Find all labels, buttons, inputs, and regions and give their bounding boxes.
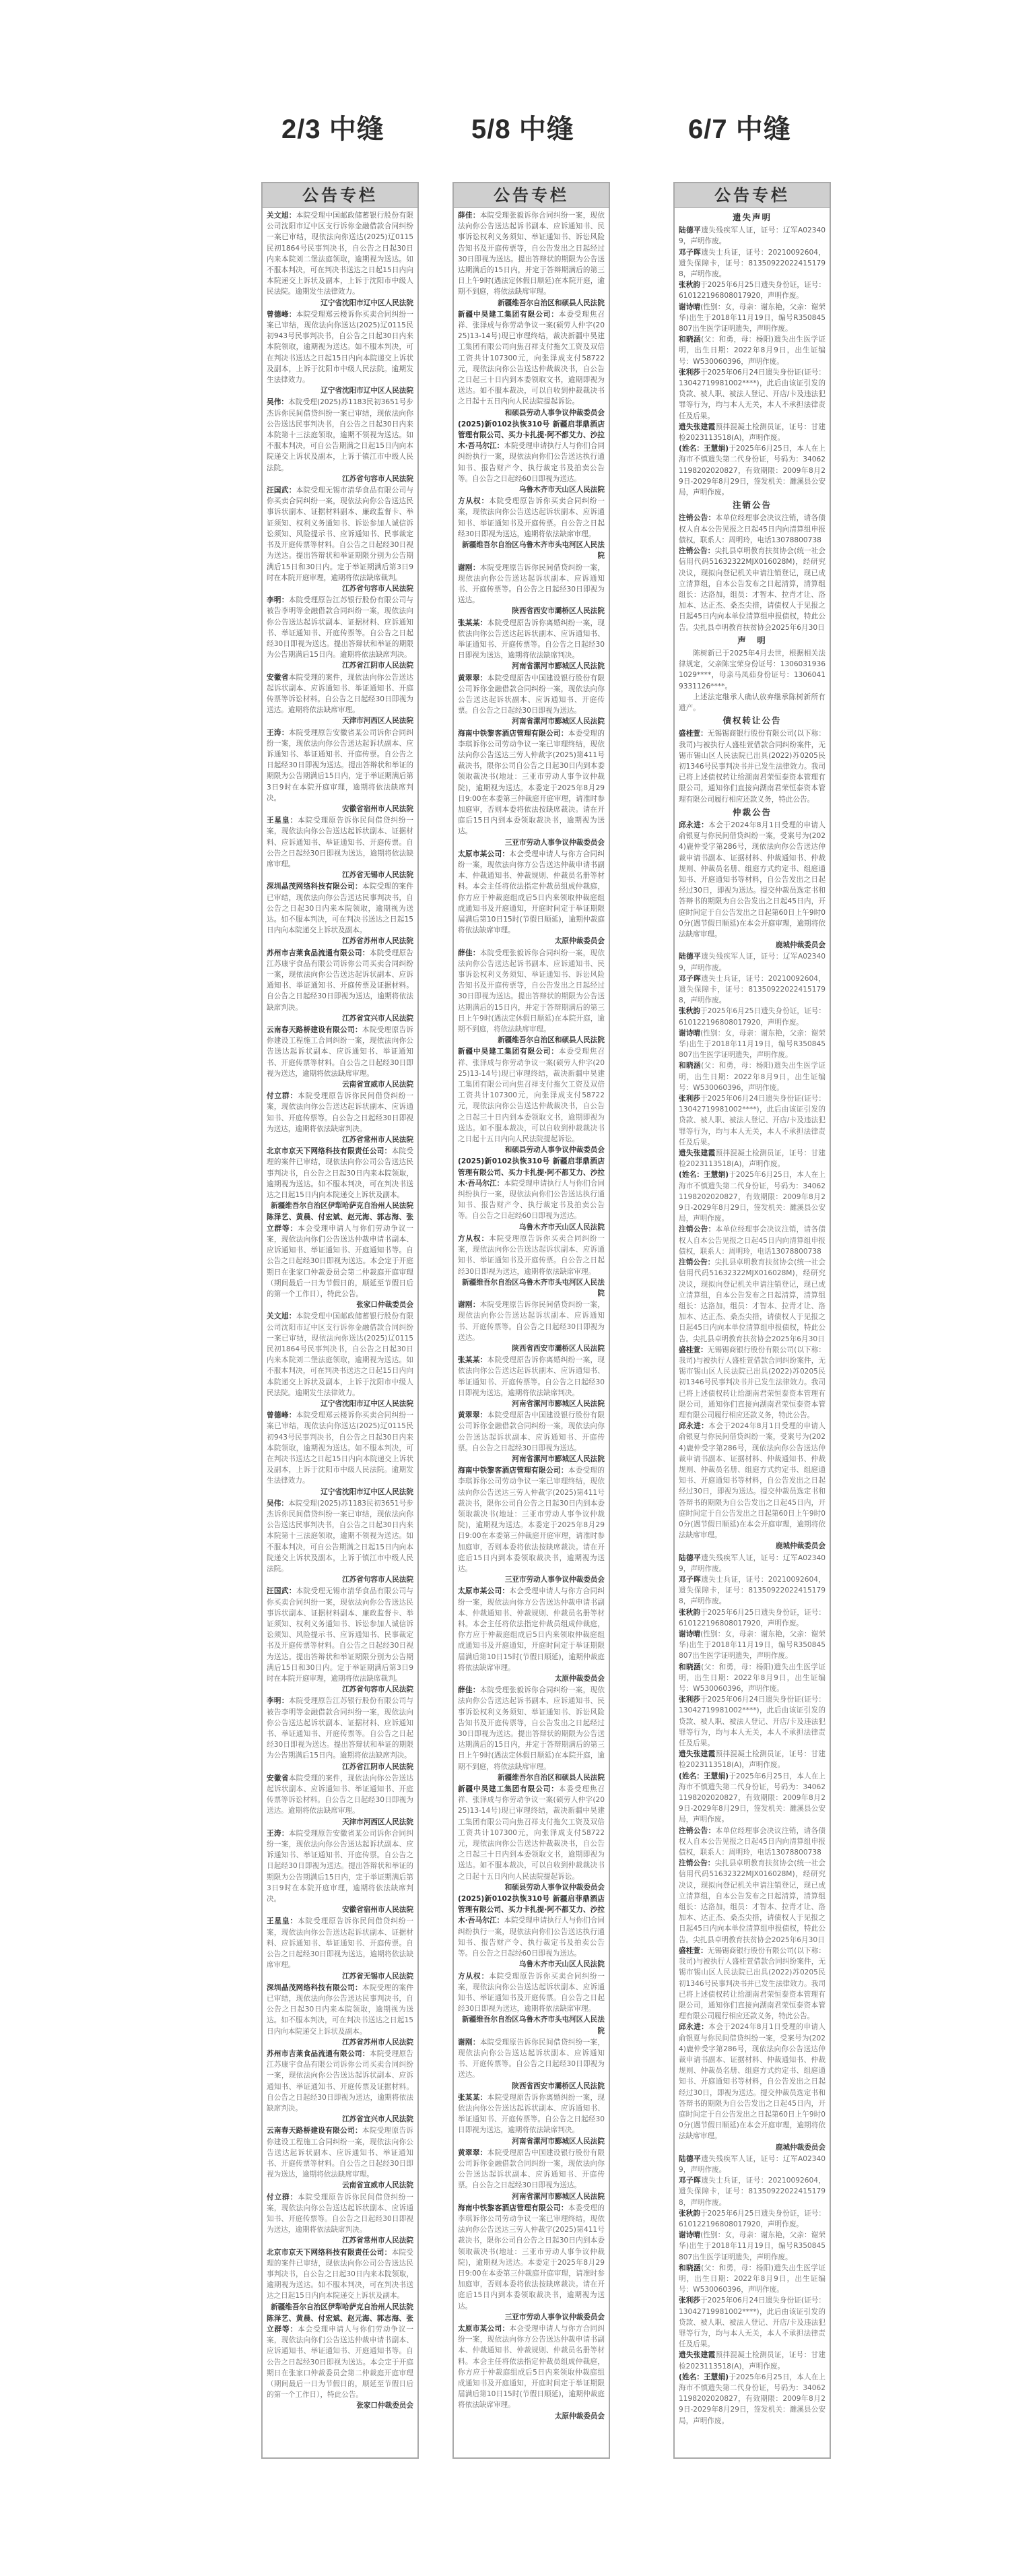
notice-party-name: 邓子晖 (679, 975, 701, 983)
notice-paragraph: 谢诗晴(性别：女，母亲：谢东艳，父亲：谢荣华)出生于2018年11月19日，编号… (679, 1629, 826, 1662)
notice-text: 本院受理原告江苏康宇食品有限公司诉你公司买卖合同纠纷一案，现依法向你公告送达起诉… (267, 2050, 413, 2113)
notice-party-name: 黄翠翠： (458, 2149, 487, 2157)
notice-text: 遗失士兵证，证号：20210092604，遗失保障卡，证号：8135092202… (679, 975, 826, 1004)
notice-party-name: 谢诗晴 (679, 1630, 700, 1638)
notice-text: 本委受理的李琪诉你公司劳动争议一案已审理终结，现依法向你公告送达三劳人仲裁字(2… (458, 730, 605, 836)
notice-text: 本院受理原告江苏康宇食品有限公司诉你公司买卖合同纠纷一案，现依法向你公告送达起诉… (267, 949, 413, 1012)
notice-text: 遗失士兵证，证号：20210092604，遗失保障卡，证号：8135092202… (679, 249, 826, 278)
notice-paragraph: 陈泽艺、黄晨、付宏斌、赵元海、郭志海、张立群等：本会受理申请人与你们劳动争议一案… (267, 2313, 413, 2401)
notice-paragraph: 谢刚：本院受理原告诉你民间借贷纠纷一案，现依法向你公告送达起诉状副本、应诉通知书… (458, 2037, 605, 2081)
notice-paragraph: 关文旭：本院受理中国邮政储蓄银行股份有限公司沈阳市辽中区支行诉你金融借款合同纠纷… (267, 1311, 413, 1398)
notice-party-name: 盛桂萱： (679, 1947, 708, 1955)
notice-signature: 江苏省苏州市人民法院 (267, 2037, 413, 2048)
notice-party-name: 和晓涵 (679, 1663, 701, 1671)
announcement-column-2: 公告专栏 薛佳：本院受理张毅诉你合同纠纷一案，现依法向你公告送达起诉书副本、应诉… (452, 182, 610, 2459)
notice-signature: 江苏省宜兴市人民法院 (267, 1013, 413, 1024)
notice-signature: 江苏省常州市人民法院 (267, 2235, 413, 2246)
notice-party-name: 注销公告： (679, 1859, 714, 1867)
notice-text: 遗失残疾军人证，证号：辽军A023409，声明作废。 (679, 2155, 826, 2174)
statement-paragraph: 陈树新已于2025年4月去世，根据相关法律规定，父亲陈宝荣身份证号：130603… (679, 648, 826, 692)
notice-party-name: 遗失张建霞 (679, 2351, 716, 2359)
notice-party-name: 深圳晶茂网络科技有限公司： (267, 882, 362, 891)
notice-signature: 新疆维吾尔自治区伊犁哈萨克自治州人民法院 (267, 1200, 413, 1211)
notice-party-name: 关文旭： (267, 212, 296, 220)
section-title: 注销公告 (679, 500, 826, 511)
notice-text: 本会受理申请人与你方合同纠纷一案，现依法向你方公告送达仲裁申请书副本、仲裁通知书… (458, 2325, 605, 2409)
notice-text: 于2025年6月25日遗失身份证，证号：610122196808017920，声… (679, 2210, 826, 2228)
notice-text: 无锡锡商银行股份有限公司(以下称：我司)与被执行人盛桂萱借款合同纠纷案件，无锡市… (679, 730, 826, 803)
notice-text: 本院受理(2025)苏1183民初3651号步杰诉你民间借贷纠纷一案已审结，现依… (267, 398, 413, 472)
notice-paragraph: 王星皇：本院受理原告诉你民间借贷纠纷一案，现依法向你公告送达起诉状副本、证据材料… (267, 1916, 413, 1970)
notice-party-name: 张某某： (458, 1356, 487, 1364)
notice-paragraph: 北京市京天下网络科技有限责任公司：本院受理的案件已审结，现依法向你公司公告送达民… (267, 2247, 413, 2302)
seam-label-5-8: 5/8 中缝 (471, 108, 574, 146)
notice-party-name: 关文旭： (267, 1312, 296, 1320)
notice-party-name: 遗失张建霞 (679, 423, 716, 431)
notice-paragraph: (2025)新0102执恢310号 新疆启菲鼎酒店管理有限公司、买力卡扎提·阿不… (458, 419, 605, 484)
column-header: 公告专栏 (675, 183, 830, 208)
notice-paragraph: 张利莎于2025年06月24日遗失身份证(证号：13042719981002**… (679, 1694, 826, 1749)
notice-text: 本会受理申请人与你方合同纠纷一案，现依法向你方公告送达仲裁申请书副本、仲裁通知书… (458, 1587, 605, 1671)
notice-party-name: (姓名：王慧娟) (679, 1171, 729, 1179)
notice-paragraph: 安徽省本院受理的案件，现依法向你公告送达起诉状副本、应诉通知书、举证通知书、开庭… (267, 1773, 413, 1817)
notice-paragraph: 吴伟：本院受理(2025)苏1183民初3651号步杰诉你民间借贷纠纷一案已审结… (267, 1498, 413, 1574)
notice-signature: 乌鲁木齐市天山区人民法院 (458, 484, 605, 495)
notice-signature: 三亚市劳动人事争议仲裁委员会 (458, 2312, 605, 2323)
notice-party-name: 邱永进： (679, 1422, 708, 1430)
notice-party-name: 海南中铁黎客酒店管理有限公司： (458, 2204, 568, 2212)
notice-text: (父：和勇，母：杨阳)遗失出生医学证明，出生日期：2022年8月9日，出生证编号… (679, 335, 826, 365)
notice-paragraph: 陈泽艺、黄晨、付宏斌、赵元海、郭志海、张立群等：本会受理申请人与你们劳动争议一案… (267, 1212, 413, 1299)
notice-party-name: 新疆中昊建工集团有限公司： (458, 311, 559, 319)
notice-party-name: 李明： (267, 1697, 289, 1705)
column-header: 公告专栏 (454, 183, 609, 208)
notice-signature: 江苏省苏州市人民法院 (267, 936, 413, 946)
notice-paragraph: 谢刚：本院受理原告诉你民间借贷纠纷一案，现依法向你公告送达起诉状副本、应诉通知书… (458, 1299, 605, 1343)
notice-text: 本会受理申请人与你们劳动争议一案，现依法向你们公告送达仲裁申请书副本、应诉通知书… (267, 1225, 413, 1298)
notice-signature: 太原仲裁委员会 (458, 1673, 605, 1684)
notice-signature: 和硕县劳动人事争议仲裁委员会 (458, 1882, 605, 1893)
notice-text: 本院受理郑云楼诉你买卖合同纠纷一案已审结，现依法向你送达(2025)辽0115民… (267, 1411, 413, 1485)
notice-text: 本会受理申请人与你们劳动争议一案，现依法向你们公告送达仲裁申请书副本、应诉通知书… (267, 2325, 413, 2399)
notice-paragraph: 张秋韵于2025年6月25日遗失身份证，证号：61012219680801792… (679, 2208, 826, 2230)
notice-party-name: 苏州市吉莱食品流通有限公司： (267, 949, 370, 957)
notice-party-name: (姓名：王慧娟) (679, 1772, 729, 1780)
notice-paragraph: 关文旭：本院受理中国邮政储蓄银行股份有限公司沈阳市辽中区支行诉你金融借款合同纠纷… (267, 210, 413, 298)
notice-text: 遗失残疾军人证，证号：辽军A023409，声明作废。 (679, 1554, 826, 1573)
notice-paragraph: 谢诗晴(性别：女，母亲：谢东艳，父亲：谢荣华)出生于2018年11月19日，编号… (679, 302, 826, 335)
notice-signature: 鹿城仲裁委员会 (679, 2142, 826, 2153)
notice-paragraph: 注销公告：本单位经理事会决议注销，请各债权人自本公告见报之日起45日内向清算组申… (679, 1826, 826, 1859)
notice-party-name: 汪国武： (267, 486, 296, 494)
notice-signature: 江苏省江阴市人民法院 (267, 660, 413, 671)
seam-label-2-3: 2/3 中缝 (281, 108, 384, 146)
notice-party-name: 薛佳： (458, 1686, 480, 1694)
notice-signature: 江苏省无锡市人民法院 (267, 1971, 413, 1982)
notice-paragraph: 吴伟：本院受理(2025)苏1183民初3651号步杰诉你民间借贷纠纷一案已审结… (267, 397, 413, 473)
notice-party-name: 安徽省 (267, 1774, 289, 1782)
notice-text: 本院受理无锡市清华食品有限公司与你买卖合同纠纷一案，现依法向你公告送达民事诉状副… (267, 486, 413, 582)
section-title: 仲裁公告 (679, 807, 826, 818)
notice-party-name: 张某某： (458, 619, 487, 627)
notice-signature: 和硕县劳动人事争议仲裁委员会 (458, 408, 605, 418)
notice-text: 遗失残疾军人证，证号：辽军A023409，声明作废。 (679, 226, 826, 245)
notice-text: 本院受理的案件，现依法向你公告送达起诉状副本、应诉通知书、举证通知书、开庭传票等… (267, 1774, 413, 1815)
notice-signature: 乌鲁木齐市天山区人民法院 (458, 1222, 605, 1233)
notice-paragraph: (姓名：王慧娟)于2025年6月25日，本人在上海市不慎遗失第二代身份证，号码为… (679, 1771, 826, 1826)
notice-text: (父：和勇，母：杨阳)遗失出生医学证明，出生日期：2022年8月9日，出生证编号… (679, 1663, 826, 1693)
notice-party-name: 曾德峰： (267, 1411, 296, 1419)
notice-signature: 江苏省句容市人民法院 (267, 1684, 413, 1695)
notice-party-name: 吴伟： (267, 398, 288, 406)
notice-text: 本院受理的案件，现依法向你公告送达起诉状副本、应诉通知书、举证通知书、开庭传票等… (267, 674, 413, 715)
notice-paragraph: 海南中铁黎客酒店管理有限公司：本委受理的李琪诉你公司劳动争议一案已审理终结，现依… (458, 2203, 605, 2312)
notice-paragraph: 谢刚：本院受理原告诉你民间借贷纠纷一案，现依法向你公告送达起诉状副本、应诉通知书… (458, 562, 605, 606)
announcement-column-1: 公告专栏 关文旭：本院受理中国邮政储蓄银行股份有限公司沈阳市辽中区支行诉你金融借… (261, 182, 419, 2459)
notice-paragraph: 方从权：本院受理原告诉你买卖合同纠纷一案，现依法向你公告送达起诉状副本、应诉通知… (458, 1971, 605, 2015)
notice-text: 本院受理原告诉你民间借贷纠纷一案，现依法向你公告送达起诉状副本、应诉通知书、开庭… (458, 2038, 605, 2080)
notice-paragraph: 注销公告：尖扎县卓明教育扶贫协会(统一社会信用代码51632322MJX0160… (679, 1858, 826, 1945)
section-title: 遗失声明 (679, 212, 826, 223)
notice-text: 本委受理的李琪诉你公司劳动争议一案已审理终结，现依法向你公告送达三劳人仲裁字(2… (458, 2204, 605, 2311)
notice-paragraph: 汪国武：本院受理无锡市清华食品有限公司与你买卖合同纠纷一案，现依法向你公告送达民… (267, 1586, 413, 1684)
notice-text: 尖扎县卓明教育扶贫协会(统一社会信用代码51632322MJX016028M)，… (679, 1859, 826, 1943)
notice-party-name: 方从权： (458, 1972, 489, 1981)
column-header: 公告专栏 (263, 183, 417, 208)
notice-party-name: 方从权： (458, 497, 489, 505)
notice-signature: 辽宁省沈阳市辽中区人民法院 (267, 1487, 413, 1498)
notice-paragraph: 汪国武：本院受理无锡市清华食品有限公司与你买卖合同纠纷一案，现依法向你公告送达民… (267, 485, 413, 583)
notice-signature: 陕西省西安市灞桥区人民法院 (458, 606, 605, 616)
notice-paragraph: 太原市某公司：本会受理申请人与你方合同纠纷一案，现依法向你方公告送达仲裁申请书副… (458, 2323, 605, 2411)
notice-paragraph: 盛桂萱：无锡锡商银行股份有限公司(以下称：我司)与被执行人盛桂萱借款合同纠纷案件… (679, 1945, 826, 2022)
notice-paragraph: 太原市某公司：本会受理申请人与你方合同纠纷一案，现依法向你方公告送达仲裁申请书副… (458, 849, 605, 936)
notice-signature: 新疆维吾尔自治区和硕县人民法院 (458, 1035, 605, 1045)
notice-text: 本院受理原告安徽省某公司诉你合同纠纷一案，现依法向你公告送达起诉状副本、应诉通知… (267, 729, 413, 802)
notice-paragraph: 黄翠翠：本院受理原告中国建设银行股份有限公司诉你金融借款合同纠纷一案，现依法向你… (458, 1410, 605, 1454)
notice-party-name: 陆德平 (679, 953, 701, 961)
notice-text: 于2025年06月24日遗失身份证(证号：13042719981002****)… (679, 1696, 826, 1747)
notice-text: 本会于2024年8月1日受理的申请人俞银夏与你民间借贷纠纷一案，受案号为(202… (679, 1422, 826, 1539)
notice-paragraph: 谢诗晴(性别：女，母亲：谢东艳，父亲：谢荣华)出生于2018年11月19日，编号… (679, 2230, 826, 2263)
notice-signature: 江苏省宜兴市人民法院 (267, 2114, 413, 2125)
notice-paragraph: 邓子晖遗失士兵证，证号：20210092604，遗失保障卡，证号：8135092… (679, 2175, 826, 2208)
notice-paragraph: 遗失张建霞预拌混凝土检测员证，证号：甘建检2023113518(A)，声明作废。 (679, 1749, 826, 1770)
notice-text: 本院受理中国邮政储蓄银行股份有限公司沈阳市辽中区支行诉你金融借款合同纠纷一案已审… (267, 212, 413, 296)
notice-text: 本院受理无锡市清华食品有限公司与你买卖合同纠纷一案，现依法向你公告送达民事诉状副… (267, 1587, 413, 1683)
notice-signature: 江苏省句容市人民法院 (267, 474, 413, 484)
notice-party-name: 张某某： (458, 2094, 487, 2102)
notice-party-name: 安徽省 (267, 674, 289, 682)
notice-party-name: 谢诗晴 (679, 1029, 700, 1037)
notice-paragraph: 陆德平遗失残疾军人证，证号：辽军A023409，声明作废。 (679, 2154, 826, 2175)
notice-party-name: 张利莎 (679, 1696, 700, 1704)
notice-party-name: 王星皇： (267, 1917, 298, 1925)
notice-text: 本委受理焦召祥、张泽成与你劳动争议一案(硕劳人仲字(2025)13-14号)现已… (458, 311, 605, 406)
notice-party-name: 深圳晶茂网络科技有限公司： (267, 1984, 362, 1992)
notice-paragraph: 张利莎于2025年06月24日遗失身份证(证号：13042719981002**… (679, 367, 826, 422)
notice-party-name: 张利莎 (679, 2296, 700, 2305)
notice-signature: 江苏省句容市人民法院 (267, 1574, 413, 1585)
notice-paragraph: 邱永进：本会于2024年8月1日受理的申请人俞银夏与你民间借贷纠纷一案，受案号为… (679, 820, 826, 940)
notice-signature: 新疆维吾尔自治区和硕县人民法院 (458, 298, 605, 309)
notice-party-name: 北京市京天下网络科技有限责任公司： (267, 2249, 392, 2257)
notice-party-name: 王涛： (267, 1830, 289, 1838)
notice-party-name: 邱永进： (679, 821, 708, 829)
notice-signature: 河南省漯河市郾城区人民法院 (458, 2191, 605, 2202)
notice-signature: 安徽省宿州市人民法院 (267, 1904, 413, 1915)
notice-party-name: 注销公告： (679, 547, 714, 555)
notice-party-name: 和晓涵 (679, 1062, 701, 1070)
notice-paragraph: 张利莎于2025年06月24日遗失身份证(证号：13042719981002**… (679, 1093, 826, 1148)
notice-text: 遗失残疾军人证，证号：辽军A023409，声明作废。 (679, 953, 826, 971)
announcement-column-3: 公告专栏 遗失声明陆德平遗失残疾军人证，证号：辽军A023409，声明作废。邓子… (673, 182, 831, 2459)
notice-signature: 三亚市劳动人事争议仲裁委员会 (458, 1574, 605, 1585)
notice-party-name: 云南春天路桥建设有限公司： (267, 1026, 362, 1034)
notice-party-name: 海南中铁黎客酒店管理有限公司： (458, 1467, 568, 1475)
notice-party-name: 谢刚： (458, 1301, 480, 1309)
notice-paragraph: 薛佳：本院受理张毅诉你合同纠纷一案，现依法向你公告送达起诉书副本、应诉通知书、民… (458, 1685, 605, 1772)
notice-signature: 鹿城仲裁委员会 (679, 940, 826, 951)
notice-party-name: 陆德平 (679, 1554, 701, 1562)
notice-signature: 和硕县劳动人事争议仲裁委员会 (458, 1145, 605, 1155)
notice-party-name: 曾德峰： (267, 311, 296, 319)
section-title: 债权转让公告 (679, 715, 826, 726)
notice-party-name: 张利莎 (679, 1095, 700, 1103)
notice-party-name: 盛桂萱： (679, 1346, 708, 1354)
notice-signature: 张家口仲裁委员会 (267, 2400, 413, 2411)
notice-paragraph: 邱永进：本会于2024年8月1日受理的申请人俞银夏与你民间借贷纠纷一案，受案号为… (679, 2022, 826, 2142)
notice-paragraph: 海南中铁黎客酒店管理有限公司：本委受理的李琪诉你公司劳动争议一案已审理终结，现依… (458, 1465, 605, 1574)
notice-party-name: 薛佳： (458, 212, 480, 220)
notice-party-name: 遗失张建霞 (679, 1149, 716, 1157)
notice-paragraph: 方从权：本院受理原告诉你买卖合同纠纷一案，现依法向你公告送达起诉状副本、应诉通知… (458, 496, 605, 540)
notice-party-name: 王星皇： (267, 816, 298, 825)
notice-paragraph: 黄翠翠：本院受理原告中国建设银行股份有限公司诉你金融借款合同纠纷一案，现依法向你… (458, 673, 605, 717)
notice-signature: 天津市河西区人民法院 (267, 715, 413, 726)
notice-paragraph: 遗失张建霞预拌混凝土检测员证，证号：甘建检2023113518(A)，声明作废。 (679, 422, 826, 443)
notice-party-name: (姓名：王慧娟) (679, 2373, 729, 2381)
notice-text: 于2025年6月25日遗失身份证，证号：610122196808017920，声… (679, 1007, 826, 1026)
notice-text: (性别：女，母亲：谢东艳，父亲：谢荣华)出生于2018年11月19日，编号R35… (679, 1630, 826, 1660)
notice-signature: 太原仲裁委员会 (458, 2411, 605, 2422)
column-body: 薛佳：本院受理张毅诉你合同纠纷一案，现依法向你公告送达起诉书副本、应诉通知书、民… (454, 208, 609, 2426)
notice-text: 遗失士兵证，证号：20210092604，遗失保障卡，证号：8135092202… (679, 1576, 826, 1605)
notice-party-name: 注销公告： (679, 514, 716, 522)
notice-party-name: 邓子晖 (679, 1576, 701, 1584)
notice-paragraph: 曾德峰：本院受理郑云楼诉你买卖合同纠纷一案已审结，现依法向你送达(2025)辽0… (267, 309, 413, 385)
section-title: 声 明 (679, 635, 826, 646)
notice-signature: 新疆维吾尔自治区乌鲁木齐市头屯河区人民法院 (458, 540, 605, 561)
notice-paragraph: (2025)新0102执恢310号 新疆启菲鼎酒店管理有限公司、买力卡扎提·阿不… (458, 1894, 605, 1959)
notice-party-name: 谢刚： (458, 564, 480, 572)
notice-paragraph: 新疆中昊建工集团有限公司：本委受理焦召祥、张泽成与你劳动争议一案(硕劳人仲字(2… (458, 309, 605, 408)
notice-text: 本院受理(2025)苏1183民初3651号步杰诉你民间借贷纠纷一案已审结，现依… (267, 1500, 413, 1573)
notice-text: 本院受理原告诉你民间借贷纠纷一案，现依法向你公告送达起诉状副本、应诉通知书、开庭… (458, 1301, 605, 1342)
notice-paragraph: 和晓涵(父：和勇，母：杨阳)遗失出生医学证明，出生日期：2022年8月9日，出生… (679, 1662, 826, 1695)
notice-signature: 江苏省无锡市人民法院 (267, 870, 413, 880)
notice-paragraph: 太原市某公司：本会受理申请人与你方合同纠纷一案，现依法向你方公告送达仲裁申请书副… (458, 1586, 605, 1673)
notice-signature: 辽宁省沈阳市辽中区人民法院 (267, 385, 413, 396)
notice-party-name: 北京市京天下网络科技有限责任公司： (267, 1147, 392, 1155)
notice-paragraph: (姓名：王慧娟)于2025年6月25日，本人在上海市不慎遗失第二代身份证，号码为… (679, 443, 826, 498)
notice-party-name: 邓子晖 (679, 2177, 701, 2185)
column-body: 遗失声明陆德平遗失残疾军人证，证号：辽军A023409，声明作废。邓子晖遗失士兵… (675, 208, 830, 2430)
notice-paragraph: 薛佳：本院受理张毅诉你合同纠纷一案，现依法向你公告送达起诉书副本、应诉通知书、民… (458, 948, 605, 1035)
notice-paragraph: 张某某：本院受理原告诉你离婚纠纷一案，现依法向你公告送达起诉状副本、应诉通知书、… (458, 1355, 605, 1398)
notice-signature: 辽宁省沈阳市辽中区人民法院 (267, 298, 413, 309)
notice-paragraph: 王涛：本院受理原告安徽省某公司诉你合同纠纷一案，现依法向你公告送达起诉状副本、应… (267, 1828, 413, 1904)
notice-text: 本委受理焦召祥、张泽成与你劳动争议一案(硕劳人仲字(2025)13-14号)现已… (458, 1048, 605, 1143)
notice-text: 本院受理张毅诉你合同纠纷一案，现依法向你公告送达起诉书副本、应诉通知书、民事诉讼… (458, 949, 605, 1033)
notice-paragraph: 陆德平遗失残疾军人证，证号：辽军A023409，声明作废。 (679, 951, 826, 973)
notice-paragraph: 陆德平遗失残疾军人证，证号：辽军A023409，声明作废。 (679, 225, 826, 247)
notice-party-name: 注销公告： (679, 1225, 716, 1233)
notice-paragraph: 新疆中昊建工集团有限公司：本委受理焦召祥、张泽成与你劳动争议一案(硕劳人仲字(2… (458, 1046, 605, 1145)
notice-signature: 河南省漯河市郾城区人民法院 (458, 716, 605, 727)
notice-text: 本院受理中国邮政储蓄银行股份有限公司沈阳市辽中区支行诉你金融借款合同纠纷一案已审… (267, 1312, 413, 1396)
notice-party-name: 注销公告： (679, 1258, 714, 1266)
notice-signature: 云南省宣威市人民法院 (267, 1079, 413, 1090)
notice-paragraph: 张秋韵于2025年6月25日遗失身份证，证号：61012219680801792… (679, 1607, 826, 1629)
notice-party-name: 海南中铁黎客酒店管理有限公司： (458, 730, 568, 738)
notice-paragraph: 陆德平遗失残疾军人证，证号：辽军A023409，声明作废。 (679, 1553, 826, 1574)
notice-party-name: 太原市某公司： (458, 2325, 509, 2333)
notice-party-name: 王涛： (267, 729, 289, 737)
notice-party-name: 邱永进： (679, 2023, 708, 2031)
notice-signature: 江苏省常州市人民法院 (267, 1134, 413, 1145)
notice-text: 无锡锡商银行股份有限公司(以下称：我司)与被执行人盛桂萱借款合同纠纷案件，无锡市… (679, 1346, 826, 1419)
notice-signature: 新疆维吾尔自治区伊犁哈萨克自治州人民法院 (267, 2302, 413, 2313)
notice-text: 无锡锡商银行股份有限公司(以下称：我司)与被执行人盛桂萱借款合同纠纷案件，无锡市… (679, 1947, 826, 2020)
notice-party-name: 张秋韵 (679, 2210, 700, 2218)
notice-party-name: 苏州市吉莱食品流通有限公司： (267, 2050, 370, 2058)
notice-text: 于2025年06月24日遗失身份证(证号：13042719981002****)… (679, 2296, 826, 2348)
notice-text: 本委受理的李琪诉你公司劳动争议一案已审理终结，现依法向你公告送达三劳人仲裁字(2… (458, 1467, 605, 1573)
notice-text: (性别：女，母亲：谢东艳，父亲：谢荣华)出生于2018年11月19日，编号R35… (679, 1029, 826, 1059)
notice-paragraph: 曾德峰：本院受理郑云楼诉你买卖合同纠纷一案已审结，现依法向你送达(2025)辽0… (267, 1410, 413, 1486)
notice-party-name: 张秋韵 (679, 1007, 700, 1015)
notice-paragraph: 谢诗晴(性别：女，母亲：谢东艳，父亲：谢荣华)出生于2018年11月19日，编号… (679, 1028, 826, 1061)
notice-text: 于2025年06月24日遗失身份证(证号：13042719981002****)… (679, 1095, 826, 1147)
notice-signature: 云南省宣威市人民法院 (267, 2180, 413, 2191)
notice-party-name: 付立群： (267, 1092, 298, 1100)
notice-signature: 天津市河西区人民法院 (267, 1817, 413, 1828)
notice-paragraph: 云南春天路桥建设有限公司：本院受理原告诉你建设工程施工合同纠纷一案，现依法向你公… (267, 1025, 413, 1079)
notice-paragraph: 注销公告：尖扎县卓明教育扶贫协会(统一社会信用代码51632322MJX0160… (679, 1257, 826, 1345)
notice-party-name: 薛佳： (458, 949, 480, 957)
notice-text: 本院受理张毅诉你合同纠纷一案，现依法向你公告送达起诉书副本、应诉通知书、民事诉讼… (458, 1686, 605, 1770)
notice-paragraph: 张秋韵于2025年6月25日遗失身份证，证号：61012219680801792… (679, 1006, 826, 1027)
notice-paragraph: 王涛：本院受理原告安徽省某公司诉你合同纠纷一案，现依法向你公告送达起诉状副本、应… (267, 728, 413, 804)
notice-text: 本院受理郑云楼诉你买卖合同纠纷一案已审结，现依法向你送达(2025)辽0115民… (267, 311, 413, 384)
notice-text: 本委受理焦召祥、张泽成与你劳动争议一案(硕劳人仲字(2025)13-14号)现已… (458, 1785, 605, 1881)
notice-signature: 鹿城仲裁委员会 (679, 1541, 826, 1551)
notice-party-name: 新疆中昊建工集团有限公司： (458, 1048, 559, 1056)
notice-text: 本会受理申请人与你方合同纠纷一案，现依法向你方公告送达仲裁申请书副本、仲裁通知书… (458, 850, 605, 934)
notice-party-name: 谢诗晴 (679, 2231, 700, 2239)
notice-paragraph: 付立群：本院受理原告诉你民间借贷纠纷一案，现依法向你公告送达起诉状副本、应诉通知… (267, 2192, 413, 2236)
notice-party-name: 谢刚： (458, 2038, 480, 2047)
notice-signature: 新疆维吾尔自治区乌鲁木齐市头屯河区人民法院 (458, 1277, 605, 1299)
notice-paragraph: 张某某：本院受理原告诉你离婚纠纷一案，现依法向你公告送达起诉状副本、应诉通知书、… (458, 618, 605, 662)
notice-paragraph: 盛桂萱：无锡锡商银行股份有限公司(以下称：我司)与被执行人盛桂萱借款合同纠纷案件… (679, 728, 826, 804)
notice-paragraph: 薛佳：本院受理张毅诉你合同纠纷一案，现依法向你公告送达起诉书副本、应诉通知书、民… (458, 210, 605, 298)
notice-paragraph: 注销公告：尖扎县卓明教育扶贫协会(统一社会信用代码51632322MJX0160… (679, 546, 826, 633)
notice-text: 于2025年06月24日遗失身份证(证号：13042719981002****)… (679, 368, 826, 420)
notice-party-name: 和晓涵 (679, 335, 701, 344)
notice-party-name: 云南春天路桥建设有限公司： (267, 2127, 362, 2135)
notice-signature: 安徽省宿州市人民法院 (267, 804, 413, 814)
column-body: 关文旭：本院受理中国邮政储蓄银行股份有限公司沈阳市辽中区支行诉你金融借款合同纠纷… (263, 208, 417, 2416)
notice-text: 本会于2024年8月1日受理的申请人俞银夏与你民间借贷纠纷一案，受案号为(202… (679, 821, 826, 938)
notice-paragraph: 和晓涵(父：和勇，母：杨阳)遗失出生医学证明，出生日期：2022年8月9日，出生… (679, 334, 826, 367)
notice-paragraph: 海南中铁黎客酒店管理有限公司：本委受理的李琪诉你公司劳动争议一案已审理终结，现依… (458, 728, 605, 837)
notice-party-name: 黄翠翠： (458, 674, 487, 682)
notice-text: 于2025年6月25日遗失身份证，证号：610122196808017920，声… (679, 1609, 826, 1628)
notice-signature: 江苏省句容市人民法院 (267, 583, 413, 594)
notice-signature: 新疆维吾尔自治区和硕县人民法院 (458, 1772, 605, 1783)
notice-paragraph: 深圳晶茂网络科技有限公司：本院受理的案件已审结，现依法向你公告送达民事判决书，自… (267, 881, 413, 936)
notice-paragraph: 黄翠翠：本院受理原告中国建设银行股份有限公司诉你金融借款合同纠纷一案，现依法向你… (458, 2148, 605, 2191)
notice-paragraph: 方从权：本院受理原告诉你买卖合同纠纷一案，现依法向你公告送达起诉状副本、应诉通知… (458, 1233, 605, 1277)
notice-text: 于2025年6月25日遗失身份证，证号：610122196808017920，声… (679, 281, 826, 300)
notice-text: 本院受理原告诉你民间借贷纠纷一案，现依法向你公告送达起诉状副本、应诉通知书、开庭… (458, 564, 605, 605)
notice-paragraph: 云南春天路桥建设有限公司：本院受理原告诉你建设工程施工合同纠纷一案，现依法向你公… (267, 2125, 413, 2180)
notice-signature: 河南省漯河市郾城区人民法院 (458, 1398, 605, 1409)
notice-paragraph: 邓子晖遗失士兵证，证号：20210092604，遗失保障卡，证号：8135092… (679, 973, 826, 1006)
notice-text: 本会于2024年8月1日受理的申请人俞银夏与你民间借贷纠纷一案，受案号为(202… (679, 2023, 826, 2140)
notice-text: (性别：女，母亲：谢东艳，父亲：谢荣华)出生于2018年11月19日，编号R35… (679, 2231, 826, 2261)
notice-paragraph: 王星皇：本院受理原告诉你民间借贷纠纷一案，现依法向你公告送达起诉状副本、证据材料… (267, 815, 413, 870)
notice-text: 本院受理原告江苏银行股份有限公司与被告李明等金融借款合同纠纷一案，现依法向你公告… (267, 596, 413, 659)
notice-text: 本院受理张毅诉你合同纠纷一案，现依法向你公告送达起诉书副本、应诉通知书、民事诉讼… (458, 212, 605, 296)
notice-paragraph: (姓名：王慧娟)于2025年6月25日，本人在上海市不慎遗失第二代身份证，号码为… (679, 1169, 826, 1224)
notice-paragraph: 遗失张建霞预拌混凝土检测员证，证号：甘建检2023113518(A)，声明作废。 (679, 2350, 826, 2371)
notice-signature: 张家口仲裁委员会 (267, 1299, 413, 1310)
notice-paragraph: (姓名：王慧娟)于2025年6月25日，本人在上海市不慎遗失第二代身份证，号码为… (679, 2372, 826, 2426)
notice-signature: 太原仲裁委员会 (458, 936, 605, 946)
seam-label-6-7: 6/7 中缝 (688, 108, 791, 146)
notice-paragraph: 注销公告：本单位经理事会决议注销，请各债权人自本公告见报之日起45日内向清算组申… (679, 513, 826, 546)
notice-paragraph: 张利莎于2025年06月24日遗失身份证(证号：13042719981002**… (679, 2295, 826, 2350)
notice-signature: 河南省漯河市郾城区人民法院 (458, 661, 605, 672)
notice-paragraph: 盛桂萱：无锡锡商银行股份有限公司(以下称：我司)与被执行人盛桂萱借款合同纠纷案件… (679, 1345, 826, 1421)
notice-paragraph: 李明：本院受理原告江苏银行股份有限公司与被告李明等金融借款合同纠纷一案，现依法向… (267, 1696, 413, 1761)
notice-paragraph: 张秋韵于2025年6月25日遗失身份证，证号：61012219680801792… (679, 280, 826, 301)
notice-party-name: 邓子晖 (679, 249, 701, 257)
notice-party-name: (姓名：王慧娟) (679, 445, 729, 453)
notice-paragraph: 张某某：本院受理原告诉你离婚纠纷一案，现依法向你公告送达起诉状副本、应诉通知书、… (458, 2092, 605, 2136)
notice-party-name: 吴伟： (267, 1500, 288, 1508)
notice-party-name: 陆德平 (679, 2155, 701, 2163)
notice-party-name: 注销公告： (679, 1827, 716, 1835)
notice-paragraph: 邓子晖遗失士兵证，证号：20210092604，遗失保障卡，证号：8135092… (679, 247, 826, 280)
notice-party-name: 太原市某公司： (458, 850, 509, 858)
notice-party-name: 遗失张建霞 (679, 1750, 716, 1758)
notice-party-name: 汪国武： (267, 1587, 296, 1595)
notice-paragraph: 注销公告：本单位经理事会决议注销，请各债权人自本公告见报之日起45日内向清算组申… (679, 1224, 826, 1257)
notice-text: 尖扎县卓明教育扶贫协会(统一社会信用代码51632322MJX016028M)，… (679, 1258, 826, 1343)
notice-signature: 辽宁省沈阳市辽中区人民法院 (267, 1398, 413, 1409)
notice-text: (父：和勇，母：杨阳)遗失出生医学证明，出生日期：2022年8月9日，出生证编号… (679, 2264, 826, 2294)
notice-paragraph: 和晓涵(父：和勇，母：杨阳)遗失出生医学证明，出生日期：2022年8月9日，出生… (679, 1060, 826, 1093)
notice-paragraph: 和晓涵(父：和勇，母：杨阳)遗失出生医学证明，出生日期：2022年8月9日，出生… (679, 2263, 826, 2296)
notice-paragraph: 安徽省本院受理的案件，现依法向你公告送达起诉状副本、应诉通知书、举证通知书、开庭… (267, 672, 413, 716)
notice-text: 遗失士兵证，证号：20210092604，遗失保障卡，证号：8135092202… (679, 2177, 826, 2206)
notice-party-name: 李明： (267, 596, 289, 604)
notice-paragraph: (2025)新0102执恢310号 新疆启菲鼎酒店管理有限公司、买力卡扎提·阿不… (458, 1156, 605, 1221)
